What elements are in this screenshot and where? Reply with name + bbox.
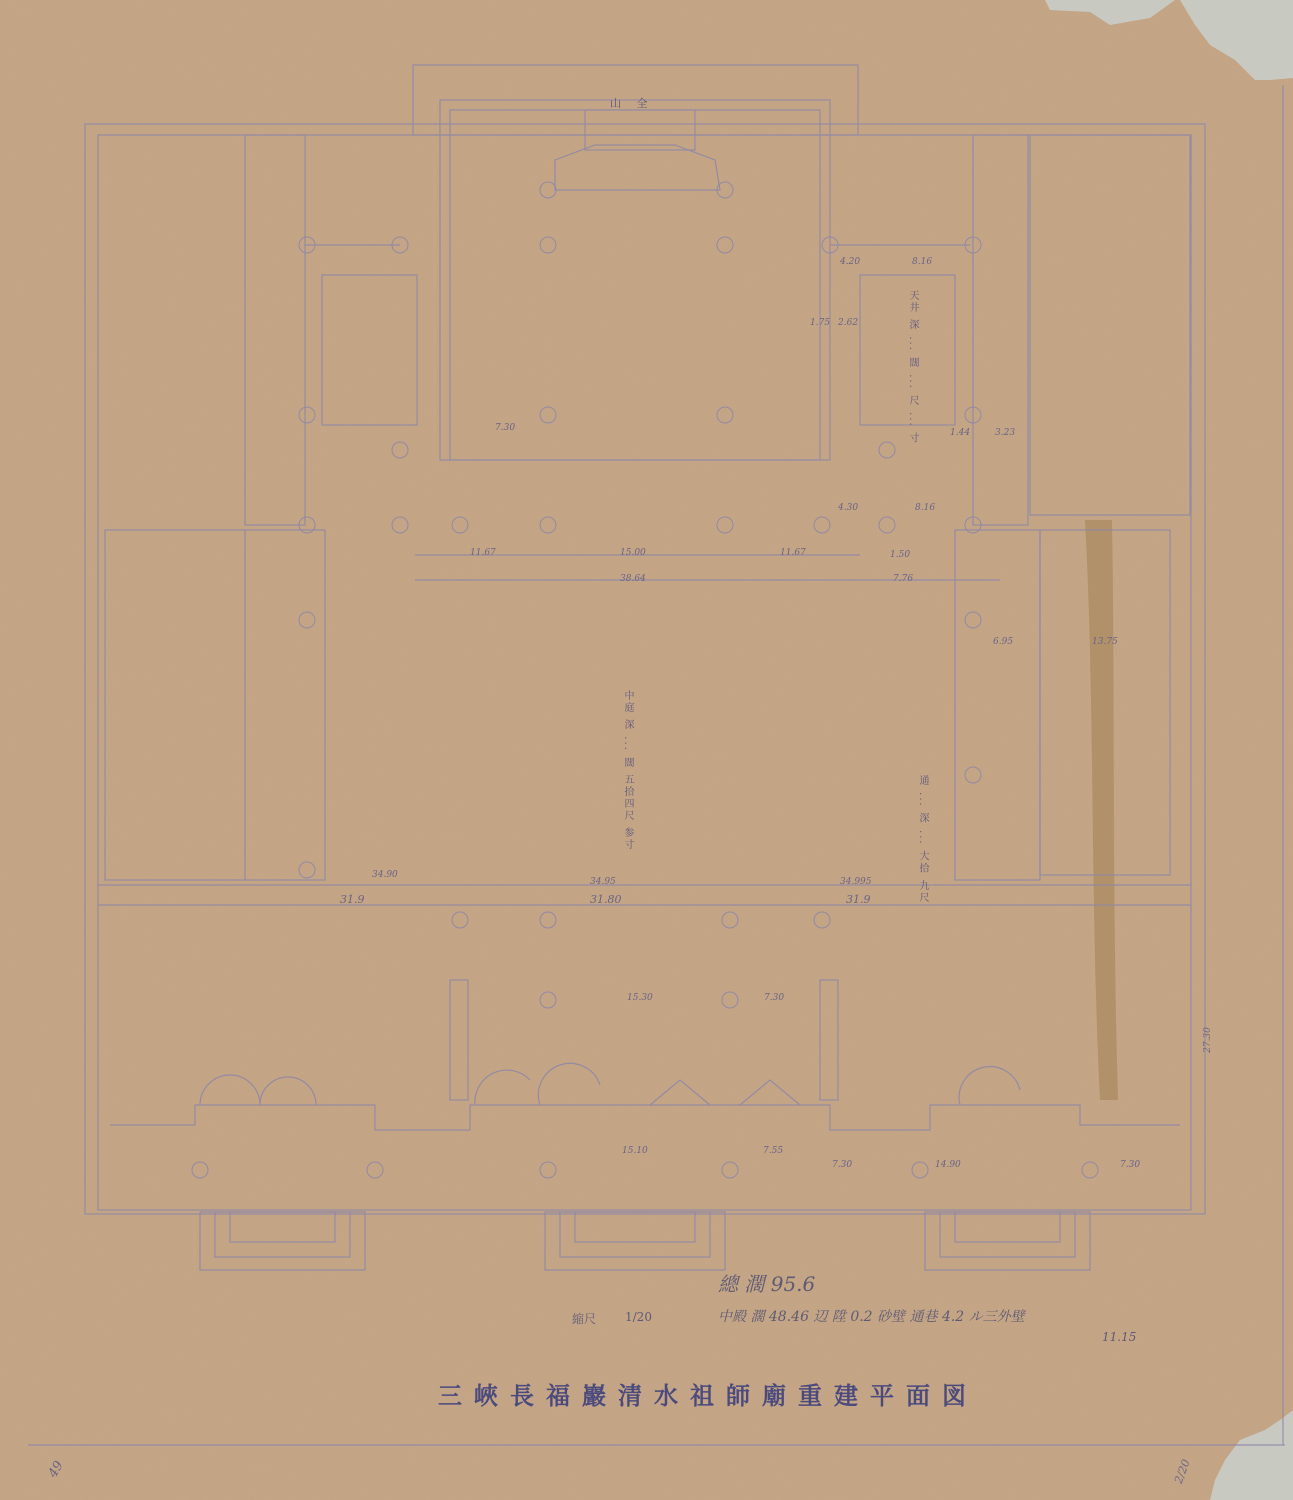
dimension: 1.44	[950, 428, 970, 438]
dimension: 34.95	[590, 877, 616, 887]
dimension: 15.10	[622, 1146, 648, 1156]
dimension: 34.90	[372, 870, 398, 880]
total-width-note: 總 濶 95.6	[718, 1268, 815, 1297]
side-corridor-label: 通 ... 深 ... 大拾 九尺	[915, 775, 930, 865]
skywell-label: 天井 深 ... 闊 ... 尺 ... 寸	[905, 290, 920, 400]
central-court-label: 中庭 深 ... 闊 五拾四尺 参寸	[620, 690, 635, 820]
dimension: 11.67	[780, 548, 806, 558]
dimension: 3.23	[995, 428, 1015, 438]
dimension: 31.9	[340, 893, 365, 906]
dimension: 8.16	[915, 503, 935, 513]
sub-value-note: 11.15	[1102, 1330, 1136, 1344]
blueprint-sheet: 山 全 天井 深 ... 闊 ... 尺 ... 寸 中庭 深 ... 闊 五拾…	[0, 0, 1293, 1500]
scale-value: 1/20	[625, 1310, 652, 1324]
dimension: 11.67	[470, 548, 496, 558]
dimension: 4.20	[840, 257, 860, 267]
dimension: 8.16	[912, 257, 932, 267]
dimension: 7.30	[495, 423, 515, 433]
dimension-total: 38.64	[620, 574, 646, 584]
dimension: 7.76	[893, 574, 913, 584]
dimension: 1.50	[890, 550, 910, 560]
dimension: 7.30	[764, 993, 784, 1003]
scale-label: 縮尺	[572, 1310, 596, 1327]
drawing-title: 三峽長福巖清水祖師廟重建平面図	[438, 1376, 978, 1411]
dimension: 27.30	[1203, 1027, 1213, 1053]
dimension: 7.55	[763, 1146, 783, 1156]
dimension: 31.9	[846, 893, 871, 906]
floor-plan-drawing	[0, 0, 1293, 1500]
dimension: 2.62	[838, 318, 858, 328]
dimension: 1.75	[810, 318, 830, 328]
dimension: 31.80	[590, 893, 622, 906]
dimension: 15.30	[627, 993, 653, 1003]
dimension: 13.75	[1092, 637, 1118, 647]
dimension: 7.30	[832, 1160, 852, 1170]
dimension: 14.90	[935, 1160, 961, 1170]
dimension: 4.30	[838, 503, 858, 513]
detail-note: 中殿 濶 48.46 辺 陞 0.2 砂壁 通巷 4.2 ル三外壁	[718, 1306, 1025, 1326]
dimension: 34.995	[840, 877, 872, 887]
dimension: 6.95	[993, 637, 1013, 647]
top-label: 山 全	[610, 95, 654, 111]
dimension: 7.30	[1120, 1160, 1140, 1170]
dimension: 15.00	[620, 548, 646, 558]
